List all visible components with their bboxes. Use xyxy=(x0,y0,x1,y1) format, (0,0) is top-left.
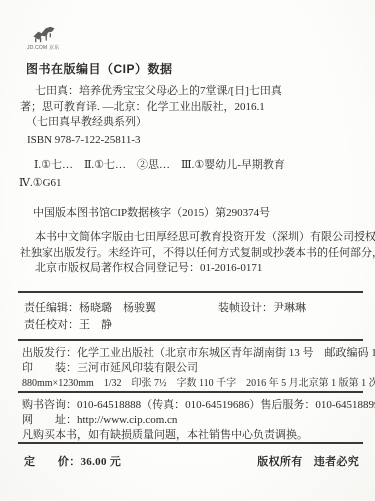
responsible-editor-line: 责任编辑：杨晓璐 杨骏翼 xyxy=(24,301,156,317)
cip-heading: 图书在版编目（CIP）数据 xyxy=(26,60,173,77)
cip-record-block: 七田真：培养优秀宝宝父母必上的7堂课/[日]七田真 著；思可教育译. —北京：化… xyxy=(20,84,365,148)
copyright-registration-line: 北京市版权局著作权合同登记号：01-2016-0171 xyxy=(20,261,375,277)
section-divider-2 xyxy=(18,339,363,341)
publisher-line: 出版发行：化学工业出版社（北京市东城区青年湖南街 13 号 邮政编码 10001… xyxy=(22,346,375,361)
jd-dog-icon xyxy=(27,26,71,43)
service-phone-line: 售后服务：010-64518899 xyxy=(260,398,375,413)
classification-line1: Ⅰ.①七… Ⅱ.①七… ②思… Ⅲ.①婴幼儿-早期教育 xyxy=(19,158,285,174)
copyright-notice-line2: 社独家出版发行。未经许可，不得以任何方式复制或抄袭本书的任何部分，违者必究。 xyxy=(20,246,375,262)
classification-line2: Ⅳ.①G61 xyxy=(19,176,285,192)
print-spec-line: 880mm×1230mm 1/32 印张 7½ 字数 110 千字 2016 年… xyxy=(22,376,375,391)
rights-line: 版权所有 违者必究 xyxy=(257,455,359,471)
printer-line: 印 装：三河市延风印装有限公司 xyxy=(22,361,375,376)
publication-block: 出版发行：化学工业出版社（北京市东城区青年湖南街 13 号 邮政编码 10001… xyxy=(22,346,375,391)
cip-classification-block: Ⅰ.①七… Ⅱ.①七… ②思… Ⅲ.①婴幼儿-早期教育 Ⅳ.①G61 xyxy=(19,158,285,191)
phone-row: 购书咨询：010-64518888（传真：010-64519686） 售后服务：… xyxy=(22,398,362,413)
copyright-notice: 本书中文简体字版由七田厚经思可教育投资开发（深圳）有限公司授权化学工业出版 社独… xyxy=(20,230,375,277)
book-copyright-page: JD.COM 京东 图书在版编目（CIP）数据 七田真：培养优秀宝宝父母必上的7… xyxy=(0,0,375,501)
cip-registry-line: 中国版本图书馆CIP数据核字（2015）第290374号 xyxy=(33,206,270,222)
cip-series-line: （七田真早教经典系列） xyxy=(20,115,365,131)
proofreader-line: 责任校对：王 静 xyxy=(24,318,112,334)
isbn-line: ISBN 978-7-122-25811-3 xyxy=(20,133,365,149)
cip-title-line2: 著；思可教育译. —北京：化学工业出版社，2016.1 xyxy=(20,100,365,116)
binding-designer-line: 装帧设计：尹琳琳 xyxy=(218,301,306,317)
contact-block: 购书咨询：010-64518888（传真：010-64519686） 售后服务：… xyxy=(22,398,363,443)
jd-logo-text: JD.COM 京东 xyxy=(27,44,71,51)
cip-title-line1: 七田真：培养优秀宝宝父母必上的7堂课/[日]七田真 xyxy=(20,84,365,100)
section-divider-1 xyxy=(18,291,363,293)
section-divider-3 xyxy=(18,391,363,393)
price-line: 定 价：36.00 元 xyxy=(24,455,121,471)
website-line: 网 址：http://www.cip.com.cn xyxy=(22,413,363,428)
jd-logo: JD.COM 京东 xyxy=(27,26,71,51)
purchase-phone-line: 购书咨询：010-64518888（传真：010-64519686） xyxy=(22,398,260,413)
section-divider-4 xyxy=(18,442,363,444)
copyright-notice-line1: 本书中文简体字版由七田厚经思可教育投资开发（深圳）有限公司授权化学工业出版 xyxy=(20,230,375,246)
exchange-policy-line: 凡购买本书，如有缺损质量问题，本社销售中心负责调换。 xyxy=(22,428,363,443)
